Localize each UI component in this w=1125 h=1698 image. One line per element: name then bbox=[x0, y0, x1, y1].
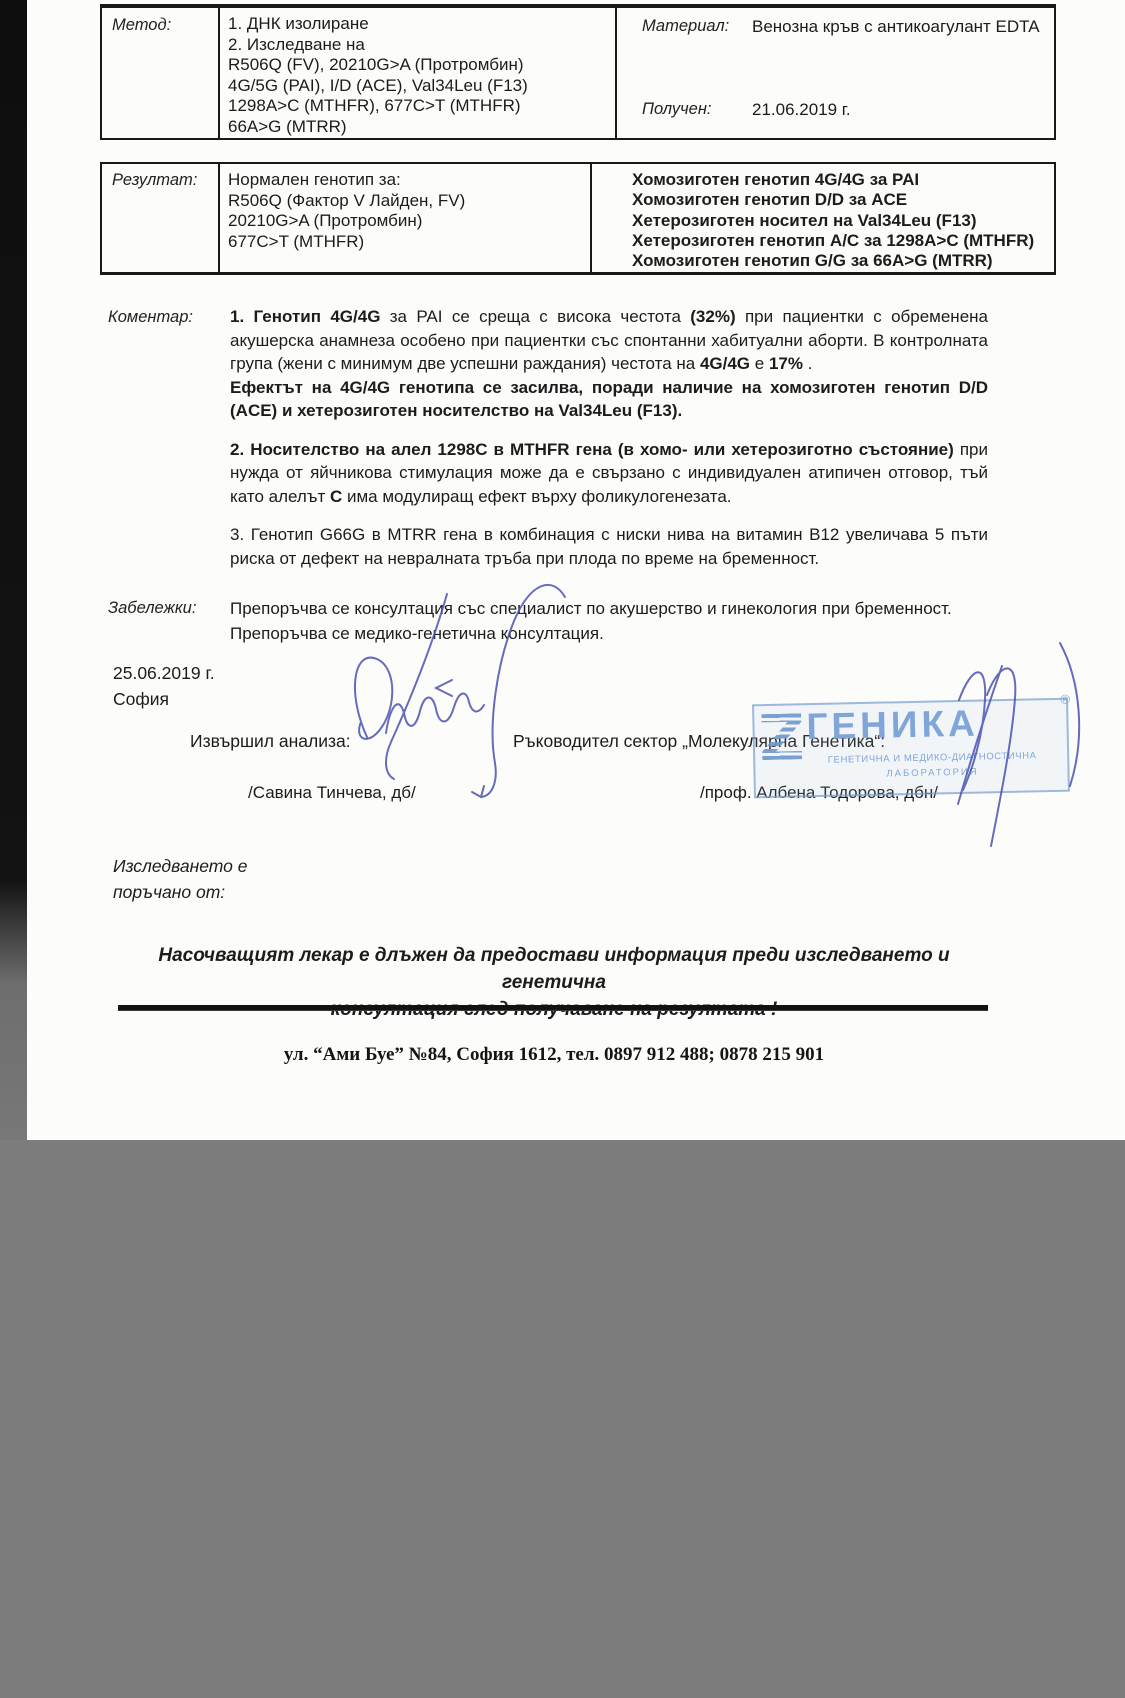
table-divider bbox=[615, 8, 617, 138]
footer-address: ул. “Ами Буе” №84, София 1612, тел. 0897… bbox=[118, 1044, 990, 1066]
comment-paragraph-1: 1. Генотип 4G/4G за PAI се среща с висок… bbox=[230, 305, 988, 376]
analyst-name: /Савина Тинчева, дб/ bbox=[248, 783, 416, 803]
material-value: Венозна кръв с антикоагулант EDTA bbox=[752, 17, 1040, 38]
stamp-subtitle-2: ЛАБОРАТОРИЯ bbox=[803, 765, 1061, 781]
normal-genotype-lines: Нормален генотип за: R506Q (Фактор V Лай… bbox=[228, 170, 465, 252]
table-divider bbox=[590, 164, 592, 272]
method-table: Метод: 1. ДНК изолиране 2. Изследване на… bbox=[100, 4, 1056, 140]
notes-body: Препоръчва се консултация със специалист… bbox=[230, 596, 990, 646]
method-label: Метод: bbox=[112, 16, 171, 35]
comment-paragraph-2: 2. Носителство на алел 1298С в MTHFR ген… bbox=[230, 438, 988, 509]
stamp-subtitle-1: ГЕНЕТИЧНА И МЕДИКО-ДИАГНОСТИЧНА bbox=[803, 750, 1061, 766]
result-table: Резултат: Нормален генотип за: R506Q (Фа… bbox=[100, 162, 1056, 275]
comment-label: Коментар: bbox=[108, 308, 193, 327]
findings-lines: Хомозиготен генотип 4G/4G за PAI Хомозиг… bbox=[632, 170, 1034, 271]
genica-logo-icon bbox=[761, 713, 802, 760]
result-label: Резултат: bbox=[112, 171, 197, 190]
material-label: Материал: bbox=[642, 17, 729, 36]
table-divider bbox=[218, 8, 220, 138]
table-divider bbox=[218, 164, 220, 272]
stamp-brand: ГЕНИКА bbox=[806, 703, 979, 749]
scan-left-edge bbox=[0, 0, 27, 1140]
notes-label: Забележки: bbox=[108, 599, 196, 618]
received-value: 21.06.2019 г. bbox=[752, 100, 851, 121]
analyst-label: Извършил анализа: bbox=[190, 731, 351, 752]
date-city-block: 25.06.2019 г. София bbox=[113, 660, 215, 712]
method-lines: 1. ДНК изолиране 2. Изследване на R506Q … bbox=[228, 14, 528, 137]
comment-body: 1. Генотип 4G/4G за PAI се среща с висок… bbox=[230, 305, 988, 585]
scanned-report-screen: Метод: 1. ДНК изолиране 2. Изследване на… bbox=[0, 0, 1125, 1698]
ordered-by-block: Изследването е поръчано от: bbox=[113, 853, 247, 905]
comment-paragraph-1b: Ефектът на 4G/4G генотипа се засилва, по… bbox=[230, 376, 988, 423]
report-city: София bbox=[113, 686, 215, 712]
report-date: 25.06.2019 г. bbox=[113, 660, 215, 686]
comment-paragraph-3: 3. Генотип G66G в MTRR гена в комбинация… bbox=[230, 523, 988, 570]
registered-trademark-icon: ® bbox=[1060, 692, 1070, 707]
horizontal-rule bbox=[118, 1005, 988, 1011]
lab-stamp: ГЕНИКА ® ГЕНЕТИЧНА И МЕДИКО-ДИАГНОСТИЧНА… bbox=[752, 698, 1070, 799]
received-label: Получен: bbox=[642, 100, 712, 119]
